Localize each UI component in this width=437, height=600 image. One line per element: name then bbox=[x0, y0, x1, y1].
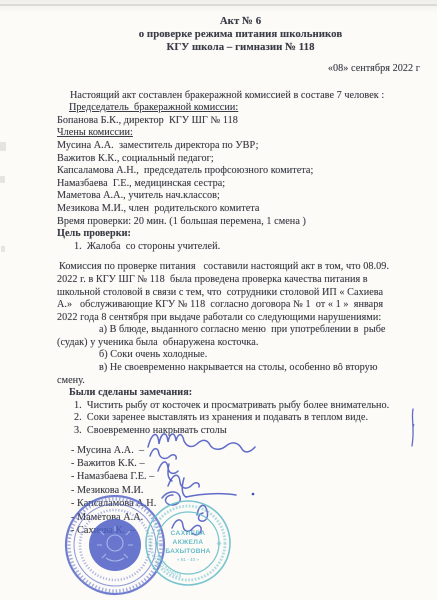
report-line: 2022 г. в КГУ ШГ № 118 была проведена пр… bbox=[57, 274, 424, 287]
remark-item: 2. Соки заренее выставлять из хранения и… bbox=[57, 412, 424, 425]
document-date: «08» сентября 2022 г bbox=[57, 63, 424, 76]
member-line: Капсаламова А.Н., председатель профсоюзн… bbox=[57, 165, 424, 178]
violation-line-c: в) Не своевременно накрывается на столы,… bbox=[57, 362, 424, 375]
member-line: Мусина А.А. заместитель директора по УВР… bbox=[57, 140, 424, 153]
signature-name: - Мезикова М.И. bbox=[57, 484, 424, 497]
scan-smudge bbox=[1, 246, 5, 252]
violation-line-b: б) Соки очень холодные. bbox=[57, 349, 424, 362]
report-line: Комиссия по проверке питания составили н… bbox=[57, 261, 424, 274]
purpose-item: 1. Жалоба со стороны учителей. bbox=[57, 241, 424, 254]
signature-name: - Мусина А.А. – bbox=[57, 444, 424, 457]
purpose-heading: Цель проверки: bbox=[57, 228, 424, 241]
violation-line-a: а) В блюде, выданного согласно меню при … bbox=[57, 324, 424, 337]
stamp-number: « 81 - 40 » bbox=[177, 557, 199, 562]
signatures-section: - Мусина А.А. – - Важитов К.К. – - Намаз… bbox=[57, 444, 424, 538]
title-line: о проверке режима питания школьников bbox=[57, 28, 424, 41]
report-line: 2022 года 8 сентября при выдаче работали… bbox=[57, 312, 424, 325]
check-time-line: Время проверки: 20 мин. (1 большая перем… bbox=[57, 216, 424, 229]
remark-item: 1. Чистить рыбу от косточек и просматрив… bbox=[57, 400, 424, 413]
stamp-owner-firstname: АКЖЕЛА bbox=[173, 539, 204, 546]
scan-shade bbox=[0, 0, 437, 14]
signature-name: - Важитов К.К. – bbox=[57, 457, 424, 470]
violation-line-a-cont: (судак) у ученика была обнаружена косточ… bbox=[57, 337, 424, 350]
report-line: А.» обслуживающие КГУ № 118 согласно дог… bbox=[57, 299, 424, 312]
document-title: Акт № 6 о проверке режима питания школьн… bbox=[57, 15, 424, 54]
remark-item: 3. Своевременно накрывать столы bbox=[57, 425, 424, 438]
member-line: Намазбаева Г.Е., медицинская сестра; bbox=[57, 178, 424, 191]
violation-line-c-cont: смену. bbox=[57, 375, 424, 388]
opening-line: Настоящий акт составлен бракеражной коми… bbox=[57, 90, 424, 103]
signature-name: - Капсаламова А.Н. bbox=[57, 497, 424, 510]
report-line: школьной столовой в связи с тем, что сот… bbox=[57, 287, 424, 300]
chair-heading: Председатель бракеражной комиссии: bbox=[57, 102, 424, 115]
member-line: Важитов К.К., социальный педагог; bbox=[57, 153, 424, 166]
signature-name: - Маметова А.А. bbox=[57, 511, 424, 524]
signature-name: - Сахиева К. – bbox=[57, 524, 424, 537]
member-line: Мезикова М.И., член родительского комите… bbox=[57, 203, 424, 216]
stamp-star-left: ✳ bbox=[154, 540, 160, 548]
signature-name: - Намазбаева Г.Е. – bbox=[57, 470, 424, 483]
scan-smudge bbox=[0, 142, 6, 151]
scan-smudge bbox=[0, 176, 5, 183]
title-line: КГУ школа – гимназии № 118 bbox=[57, 41, 424, 54]
document-body: Акт № 6 о проверке режима питания школьн… bbox=[57, 15, 424, 537]
scan-edge bbox=[0, 4, 437, 6]
chair-name: Бопанова Б.К., директор КГУ ШГ № 118 bbox=[57, 115, 424, 128]
remarks-heading: Были сделаны замечания: bbox=[57, 387, 424, 400]
stamp-owner-patronymic: БАХЫТОВНА bbox=[165, 548, 210, 555]
report-section: Комиссия по проверке питания составили н… bbox=[57, 261, 424, 437]
title-line: Акт № 6 bbox=[57, 15, 424, 28]
document-page: Акт № 6 о проверке режима питания школьн… bbox=[0, 0, 437, 600]
members-heading: Члены комиссии: bbox=[57, 127, 424, 140]
stamp-star-right: ✳ bbox=[216, 540, 222, 548]
member-line: Маметова А.А., учитель нач.классов; bbox=[57, 190, 424, 203]
commission-section: Настоящий акт составлен бракеражной коми… bbox=[57, 90, 424, 254]
